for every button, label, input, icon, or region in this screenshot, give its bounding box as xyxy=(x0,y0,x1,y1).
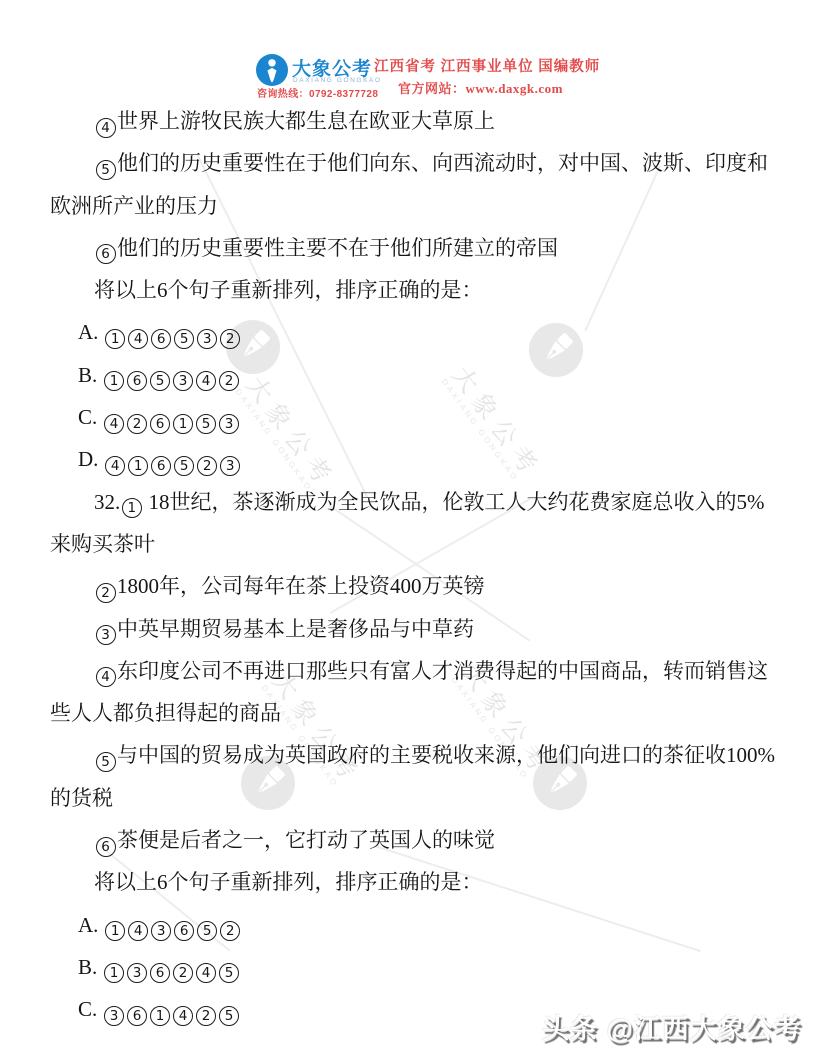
q32-sentence-2: 21800年，公司每年在茶上投资400万英镑 xyxy=(50,565,790,607)
q32-sentence-5: 5与中国的贸易成为英国政府的主要税收来源，他们向进口的茶征收100% xyxy=(50,734,790,776)
website-text: 官方网站：www.daxgk.com xyxy=(398,78,563,97)
circled-number: 4 xyxy=(128,329,148,349)
circled-number: 1 xyxy=(105,329,125,349)
q31-sentence-4: 4世界上游牧民族大都生息在欧亚大草原上 xyxy=(50,100,790,142)
circled-number: 1 xyxy=(104,963,124,983)
circled-number: 6 xyxy=(151,329,171,349)
elephant-tie-logo-icon xyxy=(256,54,288,86)
circled-number: 4 xyxy=(96,118,116,138)
circled-number: 4 xyxy=(196,371,216,391)
toutiao-credit: 头条 @江西大象公考 xyxy=(542,1007,802,1046)
circled-number: 5 xyxy=(219,963,239,983)
q32-option-a: A. 143652 xyxy=(50,904,790,946)
circled-number: 4 xyxy=(104,414,124,434)
circled-number: 6 xyxy=(150,963,170,983)
circled-number: 6 xyxy=(127,1006,147,1026)
circled-number: 5 xyxy=(174,456,194,476)
q32-option-b: B. 136245 xyxy=(50,946,790,988)
page-header: 大象公考 DAXIANG GONGKAO 咨询热线：0792-8377728 江… xyxy=(0,0,816,106)
circled-number: 2 xyxy=(196,1006,216,1026)
brand-latin: DAXIANG GONGKAO xyxy=(293,77,382,84)
q31-option-a: A. 146532 xyxy=(50,311,790,353)
circled-number: 4 xyxy=(173,1006,193,1026)
circled-number: 4 xyxy=(96,667,116,687)
circled-number: 6 xyxy=(174,921,194,941)
circled-number: 3 xyxy=(127,963,147,983)
circled-number: 6 xyxy=(96,244,116,264)
q31-option-b: B. 165342 xyxy=(50,354,790,396)
circled-number: 2 xyxy=(127,414,147,434)
circled-number: 1 xyxy=(122,498,142,518)
circled-number: 3 xyxy=(220,456,240,476)
circled-number: 1 xyxy=(105,921,125,941)
circled-number: 1 xyxy=(173,414,193,434)
q31-sentence-6: 6他们的历史重要性主要不在于他们所建立的帝国 xyxy=(50,227,790,269)
circled-number: 6 xyxy=(127,371,147,391)
circled-number: 2 xyxy=(220,921,240,941)
circled-number: 1 xyxy=(104,371,124,391)
q32-sentence-1-cont: 来购买茶叶 xyxy=(50,523,790,565)
circled-number: 5 xyxy=(219,1006,239,1026)
circled-number: 6 xyxy=(96,837,116,857)
circled-number: 3 xyxy=(219,414,239,434)
circled-number: 2 xyxy=(220,329,240,349)
header-title: 江西省考 江西事业单位 国编教师 xyxy=(374,55,600,76)
hotline-text: 咨询热线：0792-8377728 xyxy=(257,85,378,100)
q32-stem: 将以上6个句子重新排列，排序正确的是： xyxy=(50,861,790,903)
q31-sentence-5: 5他们的历史重要性在于他们向东、向西流动时，对中国、波斯、印度和 xyxy=(50,142,790,184)
circled-number: 3 xyxy=(151,921,171,941)
circled-number: 3 xyxy=(104,1006,124,1026)
q31-stem: 将以上6个句子重新排列，排序正确的是： xyxy=(50,269,790,311)
q31-option-c: C. 426153 xyxy=(50,396,790,438)
question-text-block: 4世界上游牧民族大都生息在欧亚大草原上 5他们的历史重要性在于他们向东、向西流动… xyxy=(50,100,790,1031)
q32-sentence-4-cont: 些人人都负担得起的商品 xyxy=(50,692,790,734)
circled-number: 2 xyxy=(219,371,239,391)
q32-sentence-5-cont: 的货税 xyxy=(50,777,790,819)
q32-sentence-3: 3中英早期贸易基本上是奢侈品与中草药 xyxy=(50,608,790,650)
q31-sentence-5-cont: 欧洲所产业的压力 xyxy=(50,185,790,227)
q31-option-d: D. 416523 xyxy=(50,438,790,480)
circled-number: 5 xyxy=(174,329,194,349)
circled-number: 1 xyxy=(128,456,148,476)
circled-number: 5 xyxy=(197,921,217,941)
circled-number: 2 xyxy=(173,963,193,983)
circled-number: 3 xyxy=(173,371,193,391)
circled-number: 6 xyxy=(150,414,170,434)
circled-number: 5 xyxy=(196,414,216,434)
circled-number: 3 xyxy=(197,329,217,349)
circled-number: 1 xyxy=(150,1006,170,1026)
circled-number: 4 xyxy=(105,456,125,476)
circled-number: 5 xyxy=(96,160,116,180)
circled-number: 6 xyxy=(151,456,171,476)
q32-sentence-6: 6茶便是后者之一，它打动了英国人的味觉 xyxy=(50,819,790,861)
circled-number: 5 xyxy=(96,752,116,772)
circled-number: 4 xyxy=(196,963,216,983)
q32-sentence-4: 4东印度公司不再进口那些只有富人才消费得起的中国商品，转而销售这 xyxy=(50,650,790,692)
exam-page: 大象公考DAXIANG GONGKAO 大象公考DAXIANG GONGKAO … xyxy=(0,0,816,1056)
circled-number: 2 xyxy=(96,583,116,603)
circled-number: 3 xyxy=(96,625,116,645)
circled-number: 5 xyxy=(150,371,170,391)
circled-number: 4 xyxy=(128,921,148,941)
circled-number: 2 xyxy=(197,456,217,476)
q32-sentence-1: 32.1 18世纪，茶逐渐成为全民饮品，伦敦工人大约花费家庭总收入的5% xyxy=(50,481,790,523)
